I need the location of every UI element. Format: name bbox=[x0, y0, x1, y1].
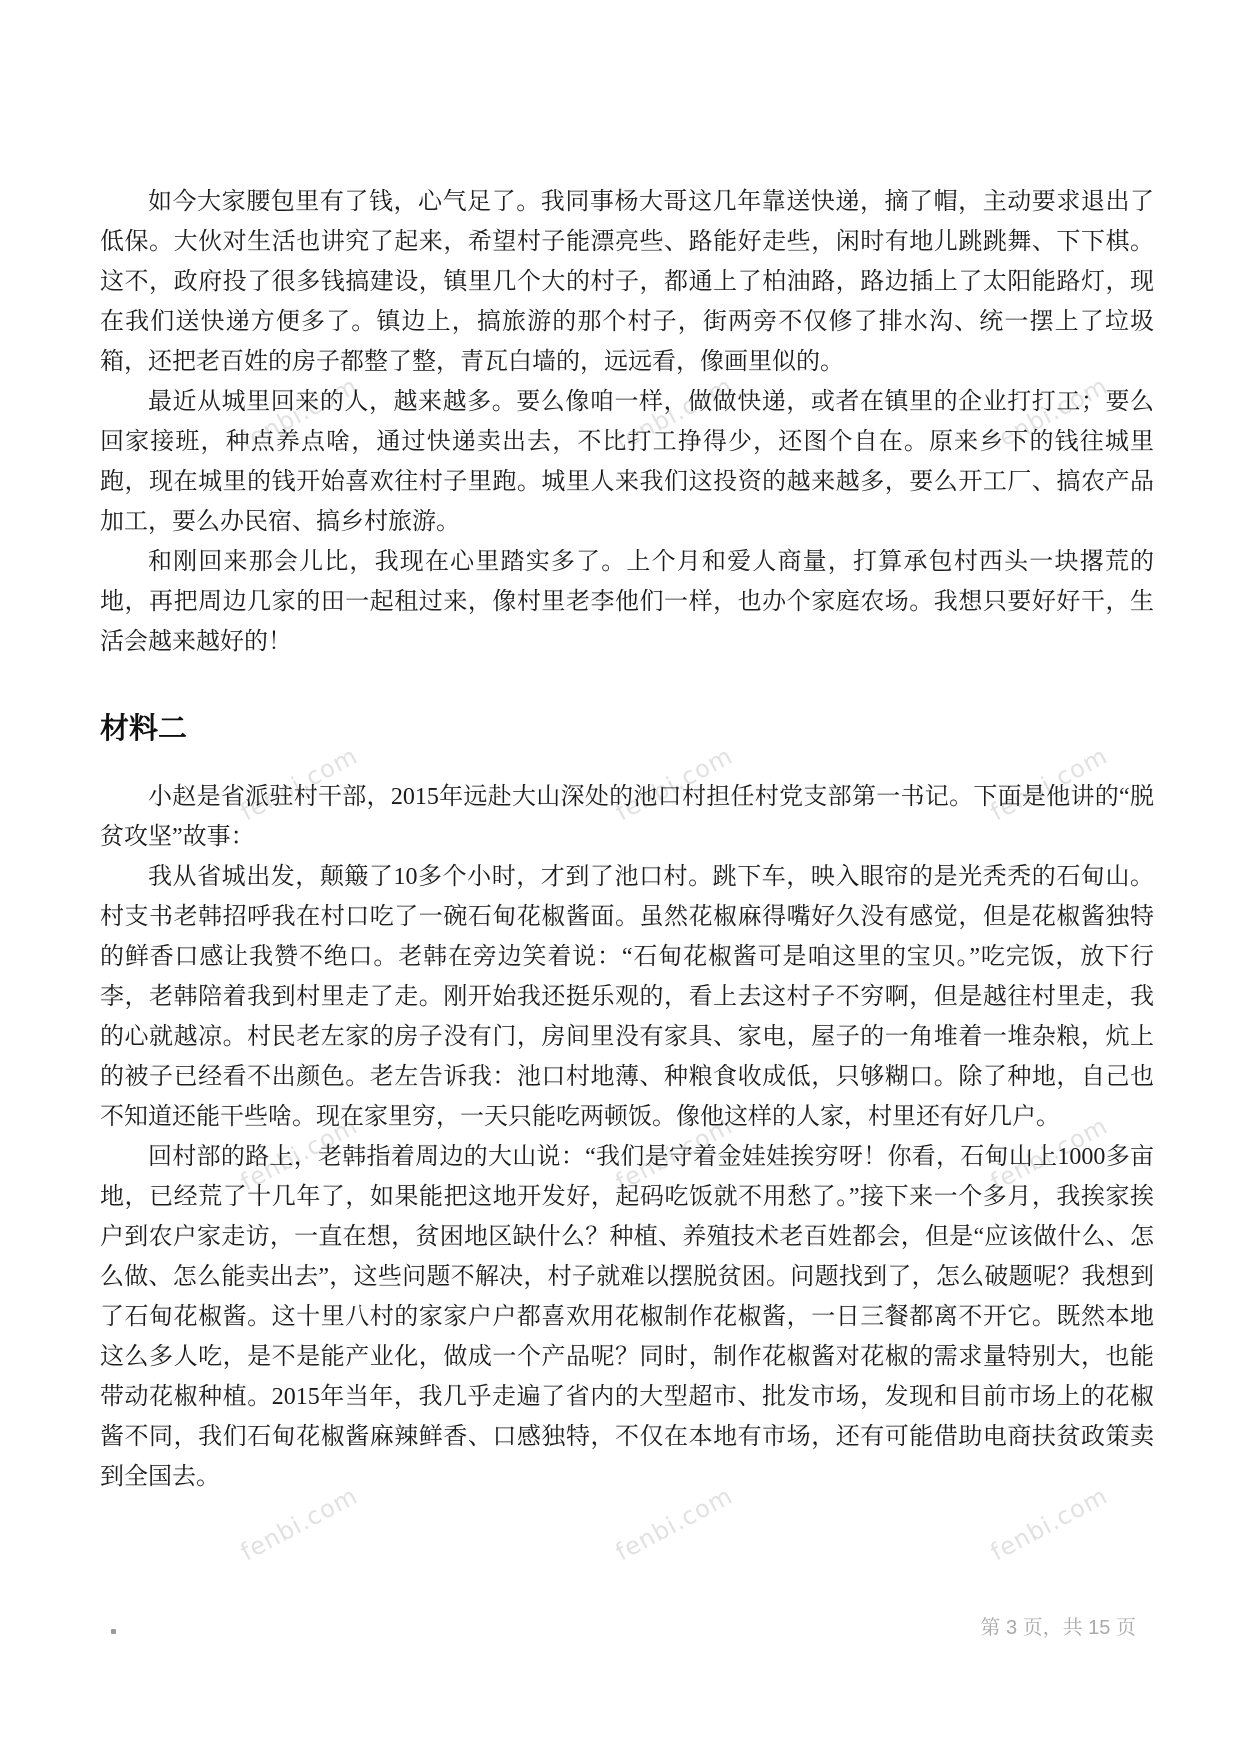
paragraph-material2-intro: 小赵是省派驻村干部，2015年远赴大山深处的池口村担任村党支部第一书记。下面是他… bbox=[100, 777, 1154, 857]
document-body: 如今大家腰包里有了钱，心气足了。我同事杨大哥这几年靠送快递，摘了帽，主动要求退出… bbox=[100, 182, 1154, 1497]
paragraph-material2-plan: 回村部的路上，老韩指着周边的大山说：“我们是守着金娃娃挨穷呀！你看，石甸山上10… bbox=[100, 1137, 1154, 1497]
paragraph-material1-3: 和刚回来那会儿比，我现在心里踏实多了。上个月和爱人商量，打算承包村西头一块撂荒的… bbox=[100, 542, 1154, 662]
paragraph-material1-1: 如今大家腰包里有了钱，心气足了。我同事杨大哥这几年靠送快递，摘了帽，主动要求退出… bbox=[100, 182, 1154, 382]
document-page: fenbi.comfenbi.comfenbi.comfenbi.comfenb… bbox=[0, 0, 1240, 1754]
page-number-indicator: 第 3 页，共 15 页 bbox=[980, 1614, 1136, 1642]
paragraph-material1-2: 最近从城里回来的人，越来越多。要么像咱一样，做做快递，或者在镇里的企业打打工；要… bbox=[100, 382, 1154, 542]
page-corner-dot bbox=[111, 1629, 116, 1634]
material-two-heading: 材料二 bbox=[100, 707, 1154, 751]
paragraph-material2-arrival: 我从省城出发，颠簸了10多个小时，才到了池口村。跳下车，映入眼帘的是光秃秃的石甸… bbox=[100, 857, 1154, 1137]
